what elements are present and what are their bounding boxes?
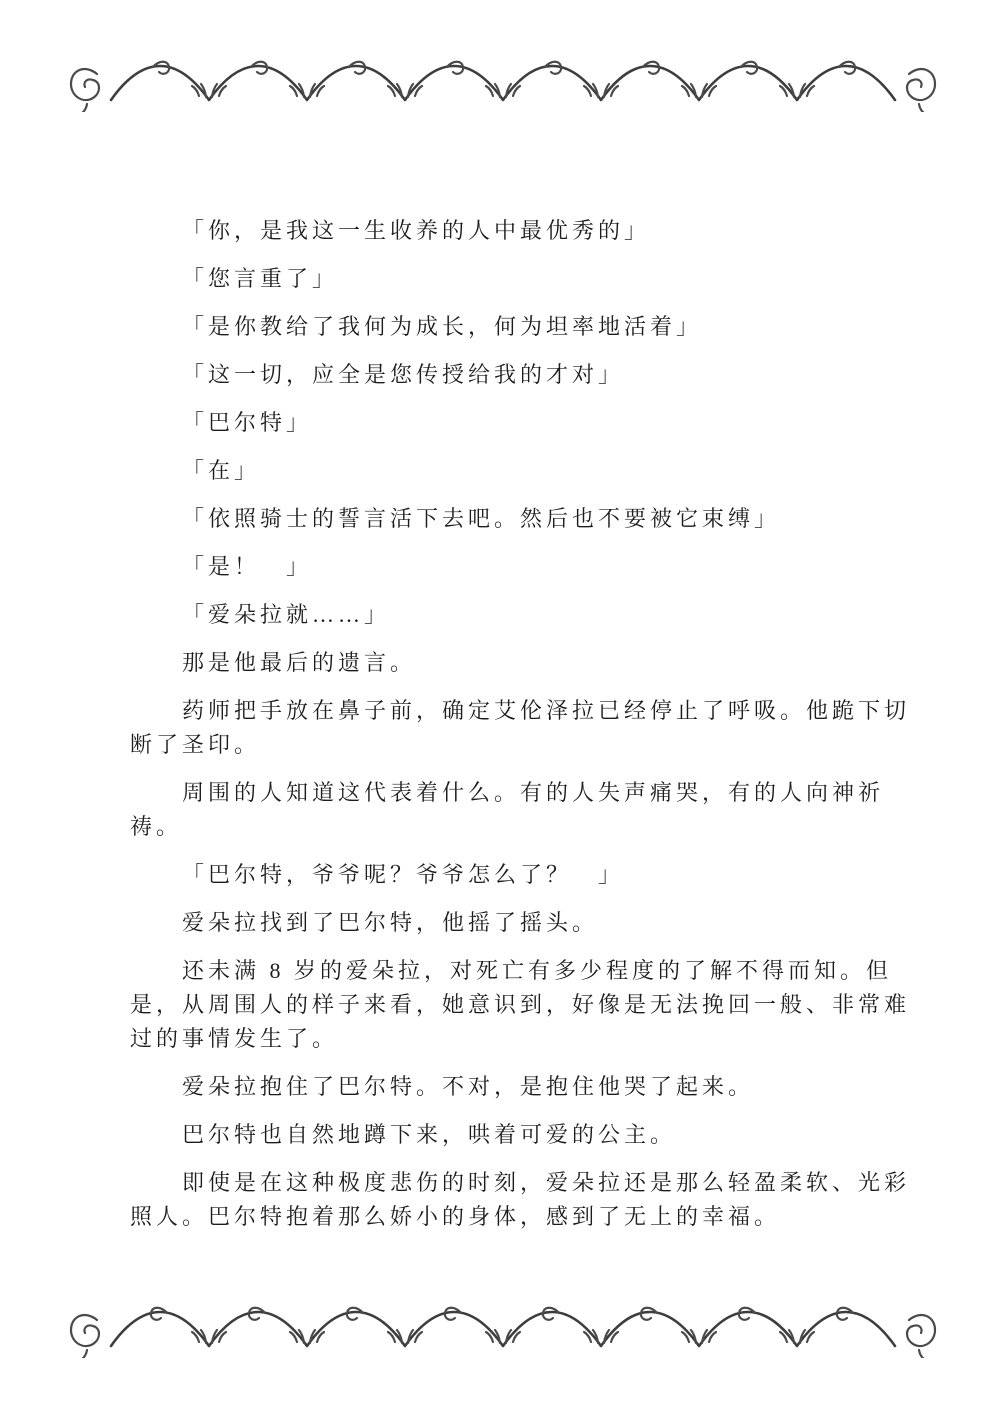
text-line: 爱朵拉抱住了巴尔特。不对，是抱住他哭了起来。 bbox=[130, 1070, 936, 1104]
paragraph: 「你，是我这一生收养的人中最优秀的」 bbox=[130, 214, 936, 248]
paragraph: 「巴尔特」 bbox=[130, 406, 936, 440]
paragraph: 爱朵拉找到了巴尔特，他摇了摇头。 bbox=[130, 906, 936, 940]
paragraph: 「在」 bbox=[130, 454, 936, 488]
text-line: 「您言重了」 bbox=[130, 262, 936, 296]
text-line: 断了圣印。 bbox=[130, 728, 936, 762]
text-line: 「在」 bbox=[130, 454, 936, 488]
swash-ornament-svg bbox=[63, 60, 943, 112]
text-line: 「爱朵拉就……」 bbox=[130, 598, 936, 632]
paragraph: 药师把手放在鼻子前，确定艾伦泽拉已经停止了呼吸。他跪下切断了圣印。 bbox=[130, 694, 936, 762]
text-line: 那是他最后的遗言。 bbox=[130, 646, 936, 680]
paragraph: 「您言重了」 bbox=[130, 262, 936, 296]
paragraph: 「是你教给了我何为成长，何为坦率地活着」 bbox=[130, 310, 936, 344]
paragraph: 巴尔特也自然地蹲下来，哄着可爱的公主。 bbox=[130, 1118, 936, 1152]
text-line: 「巴尔特，爷爷呢？爷爷怎么了？ 」 bbox=[130, 858, 936, 892]
text-line: 巴尔特也自然地蹲下来，哄着可爱的公主。 bbox=[130, 1118, 936, 1152]
paragraph: 「巴尔特，爷爷呢？爷爷怎么了？ 」 bbox=[130, 858, 936, 892]
paragraph: 「这一切，应全是您传授给我的才对」 bbox=[130, 358, 936, 392]
text-line: 「依照骑士的誓言活下去吧。然后也不要被它束缚」 bbox=[130, 502, 936, 536]
text-line: 「是！ 」 bbox=[130, 550, 936, 584]
text-line: 「这一切，应全是您传授给我的才对」 bbox=[130, 358, 936, 392]
paragraph: 「是！ 」 bbox=[130, 550, 936, 584]
paragraph: 「依照骑士的誓言活下去吧。然后也不要被它束缚」 bbox=[130, 502, 936, 536]
text-line: 过的事情发生了。 bbox=[130, 1022, 936, 1056]
paragraph: 爱朵拉抱住了巴尔特。不对，是抱住他哭了起来。 bbox=[130, 1070, 936, 1104]
top-flourish-divider bbox=[63, 60, 943, 112]
text-line: 爱朵拉找到了巴尔特，他摇了摇头。 bbox=[130, 906, 936, 940]
text-line: 药师把手放在鼻子前，确定艾伦泽拉已经停止了呼吸。他跪下切 bbox=[130, 694, 936, 728]
paragraph: 周围的人知道这代表着什么。有的人失声痛哭，有的人向神祈祷。 bbox=[130, 776, 936, 844]
paragraph: 那是他最后的遗言。 bbox=[130, 646, 936, 680]
text-line: 照人。巴尔特抱着那么娇小的身体，感到了无上的幸福。 bbox=[130, 1200, 936, 1234]
text-line: 「是你教给了我何为成长，何为坦率地活着」 bbox=[130, 310, 936, 344]
paragraph: 即使是在这种极度悲伤的时刻，爱朵拉还是那么轻盈柔软、光彩照人。巴尔特抱着那么娇小… bbox=[130, 1166, 936, 1234]
text-line: 还未满 8 岁的爱朵拉，对死亡有多少程度的了解不得而知。但 bbox=[130, 954, 936, 988]
paragraph: 还未满 8 岁的爱朵拉，对死亡有多少程度的了解不得而知。但是，从周围人的样子来看… bbox=[130, 954, 936, 1056]
text-line: 祷。 bbox=[130, 810, 936, 844]
text-line: 周围的人知道这代表着什么。有的人失声痛哭，有的人向神祈 bbox=[130, 776, 936, 810]
text-line: 「你，是我这一生收养的人中最优秀的」 bbox=[130, 214, 936, 248]
swash-ornament-svg bbox=[63, 1306, 943, 1358]
text-line: 是，从周围人的样子来看，她意识到，好像是无法挽回一般、非常难 bbox=[130, 988, 936, 1022]
page-text: 「你，是我这一生收养的人中最优秀的」 「您言重了」 「是你教给了我何为成长，何为… bbox=[130, 214, 936, 1248]
book-page: 「你，是我这一生收养的人中最优秀的」 「您言重了」 「是你教给了我何为成长，何为… bbox=[0, 0, 1006, 1422]
bottom-flourish-divider bbox=[63, 1306, 943, 1358]
paragraph: 「爱朵拉就……」 bbox=[130, 598, 936, 632]
text-line: 「巴尔特」 bbox=[130, 406, 936, 440]
text-line: 即使是在这种极度悲伤的时刻，爱朵拉还是那么轻盈柔软、光彩 bbox=[130, 1166, 936, 1200]
